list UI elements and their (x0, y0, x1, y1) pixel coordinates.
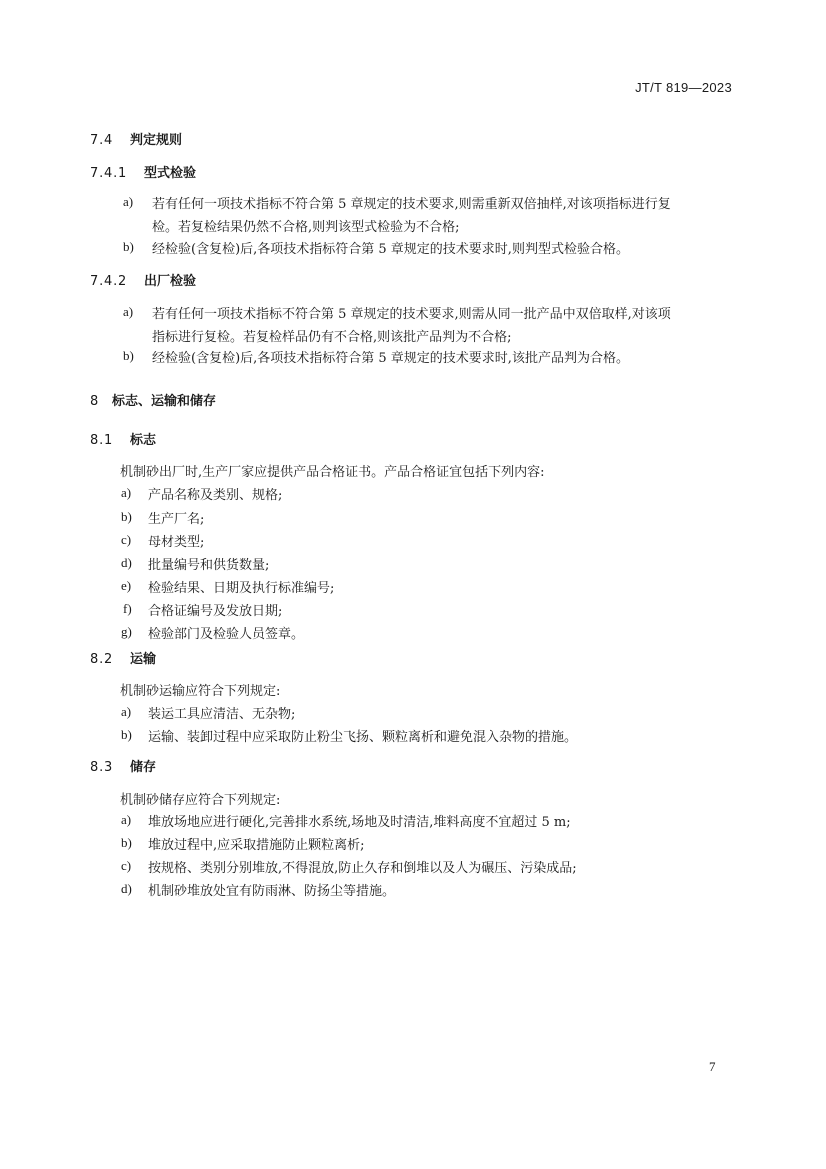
section-title: 出厂检验 (144, 274, 196, 289)
list-label: c) (121, 532, 131, 548)
list-label: b) (121, 509, 132, 525)
section-8-3-heading: 8.3储存 (90, 756, 156, 775)
list-text: 堆放过程中,应采取措施防止颗粒离析; (148, 834, 365, 853)
list-text: 产品名称及类别、规格; (148, 484, 282, 503)
list-text: 检。若复检结果仍然不合格,则判该型式检验为不合格; (152, 216, 460, 235)
list-label: b) (121, 835, 132, 851)
paragraph: 机制砂运输应符合下列规定: (120, 680, 280, 699)
page-number: 7 (709, 1059, 716, 1075)
list-label: f) (123, 601, 132, 617)
chapter-8-heading: 8标志、运输和储存 (90, 390, 216, 409)
section-title: 判定规则 (130, 133, 182, 148)
section-number: 7.4 (90, 133, 130, 148)
section-title: 标志 (130, 433, 156, 448)
section-number: 7.4.2 (90, 274, 144, 289)
list-text: 检验结果、日期及执行标准编号; (148, 577, 334, 596)
section-number: 8.2 (90, 652, 130, 667)
section-number: 7.4.1 (90, 166, 144, 181)
list-text: 装运工具应清洁、无杂物; (148, 703, 295, 722)
section-8-2-heading: 8.2运输 (90, 648, 156, 667)
list-label: g) (121, 624, 132, 640)
list-text: 生产厂名; (148, 508, 204, 527)
paragraph: 机制砂出厂时,生产厂家应提供产品合格证书。产品合格证宜包括下列内容: (120, 461, 545, 480)
list-label: e) (121, 578, 131, 594)
list-label: b) (121, 727, 132, 743)
list-label: b) (123, 239, 134, 255)
list-label: d) (121, 555, 132, 571)
list-label: b) (123, 348, 134, 364)
standard-code: JT/T 819—2023 (635, 80, 732, 95)
section-title: 型式检验 (144, 166, 196, 181)
list-text: 运输、装卸过程中应采取防止粉尘飞扬、颗粒离析和避免混入杂物的措施。 (148, 726, 577, 745)
list-text: 合格证编号及发放日期; (148, 600, 282, 619)
section-7-4-2-heading: 7.4.2出厂检验 (90, 270, 196, 289)
list-text: 机制砂堆放处宜有防雨淋、防扬尘等措施。 (148, 880, 395, 899)
section-7-4-1-heading: 7.4.1型式检验 (90, 162, 196, 181)
list-text: 经检验(含复检)后,各项技术指标符合第 5 章规定的技术要求时,则判型式检验合格… (152, 238, 629, 257)
list-text: 若有任何一项技术指标不符合第 5 章规定的技术要求,则需从同一批产品中双倍取样,… (152, 303, 671, 322)
paragraph: 机制砂储存应符合下列规定: (120, 789, 280, 808)
section-title: 储存 (130, 760, 156, 775)
list-text: 指标进行复检。若复检样品仍有不合格,则该批产品判为不合格; (152, 326, 512, 345)
section-number: 8.1 (90, 433, 130, 448)
list-label: a) (123, 304, 133, 320)
list-text: 经检验(含复检)后,各项技术指标符合第 5 章规定的技术要求时,该批产品判为合格… (152, 347, 629, 366)
list-text: 按规格、类别分别堆放,不得混放,防止久存和倒堆以及人为碾压、污染成品; (148, 857, 577, 876)
list-label: c) (121, 858, 131, 874)
list-text: 若有任何一项技术指标不符合第 5 章规定的技术要求,则需重新双倍抽样,对该项指标… (152, 193, 671, 212)
list-label: a) (123, 194, 133, 210)
list-label: d) (121, 881, 132, 897)
list-text: 批量编号和供货数量; (148, 554, 269, 573)
section-title: 运输 (130, 652, 156, 667)
list-text: 母材类型; (148, 531, 204, 550)
list-label: a) (121, 812, 131, 828)
list-text: 堆放场地应进行硬化,完善排水系统,场地及时清洁,堆料高度不宜超过 5 m; (148, 811, 571, 830)
list-label: a) (121, 485, 131, 501)
section-7-4-heading: 7.4判定规则 (90, 129, 182, 148)
section-title: 标志、运输和储存 (112, 394, 216, 409)
section-number: 8.3 (90, 760, 130, 775)
section-8-1-heading: 8.1标志 (90, 429, 156, 448)
list-label: a) (121, 704, 131, 720)
list-text: 检验部门及检验人员签章。 (148, 623, 304, 642)
section-number: 8 (90, 394, 112, 409)
